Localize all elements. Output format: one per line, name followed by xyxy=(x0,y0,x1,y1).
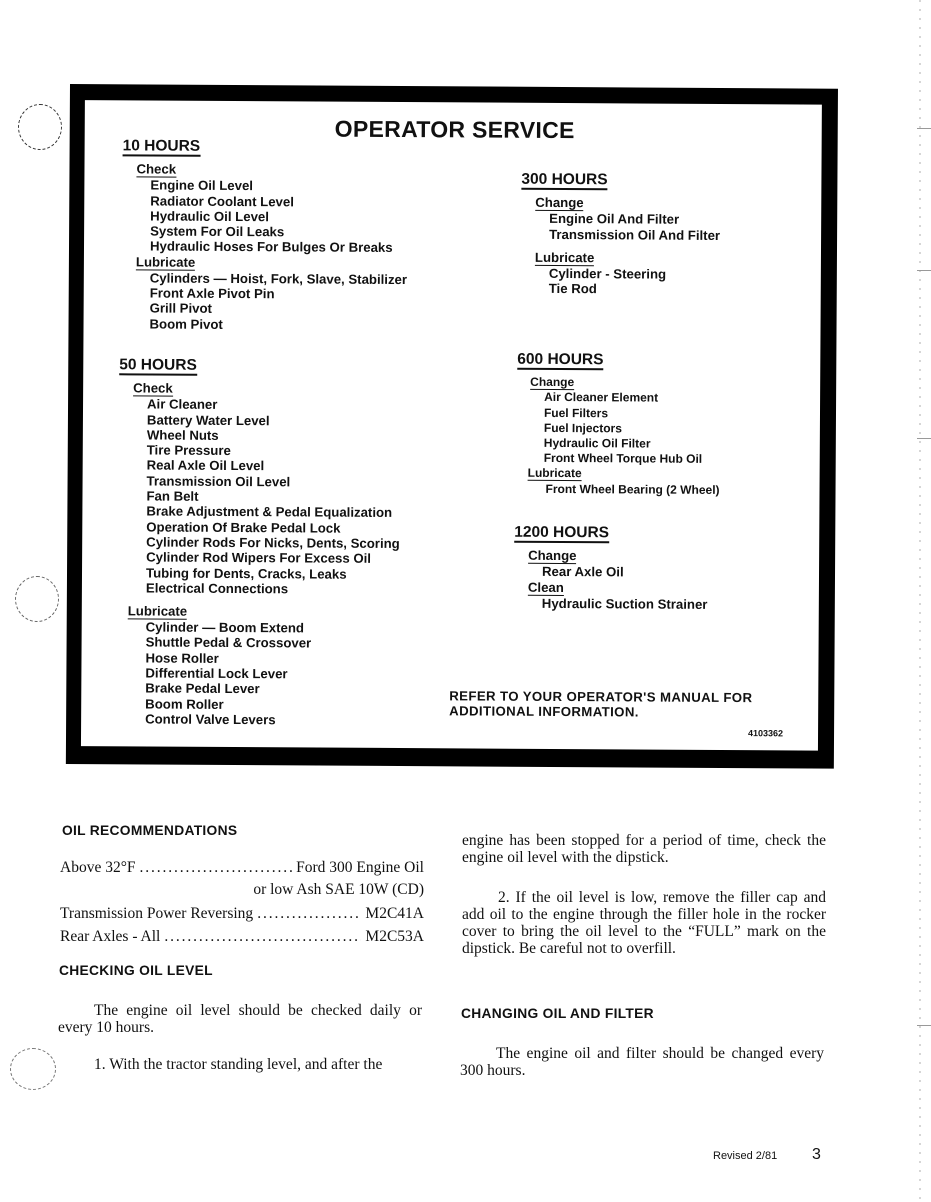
binder-hole-bottom xyxy=(10,1048,56,1090)
service-item: Cylinder Rod Wipers For Excess Oil xyxy=(146,550,400,567)
oil-row: Above 32°F Ford 300 Engine Oil xyxy=(60,857,424,879)
operator-service-decal: OPERATOR SERVICE 10 HOURS Check Engine O… xyxy=(66,84,838,769)
service-item: Tie Rod xyxy=(549,281,720,297)
service-item: Boom Pivot xyxy=(149,316,406,333)
page-edge-trim xyxy=(919,0,921,1202)
interval-heading: 10 HOURS xyxy=(123,138,201,157)
checking-intro-paragraph: The engine oil level should be checked d… xyxy=(58,1002,422,1036)
checking-step-1-continued: engine has been stopped for a period of … xyxy=(462,832,826,866)
section-600-hours: 600 HOURS Change Air Cleaner ElementFuel… xyxy=(516,352,720,498)
service-item: Air Cleaner Element xyxy=(544,390,720,406)
revision-date: Revised 2/81 xyxy=(713,1150,777,1162)
refer-to-manual-note: REFER TO YOUR OPERATOR'S MANUAL FOR ADDI… xyxy=(449,688,752,720)
section-1200-hours: 1200 HOURS Change Rear Axle Oil Clean Hy… xyxy=(514,525,708,612)
oil-recommendations-table: Above 32°F Ford 300 Engine Oil or low As… xyxy=(60,857,424,948)
action-heading: Check xyxy=(136,163,176,178)
service-item: Tubing for Dents, Cracks, Leaks xyxy=(146,565,400,582)
item-list: Cylinder - SteeringTie Rod xyxy=(535,266,720,298)
service-item: Cylinder Rods For Nicks, Dents, Scoring xyxy=(146,534,400,551)
service-item: Hydraulic Oil Filter xyxy=(544,436,720,452)
service-item: Brake Pedal Lever xyxy=(145,681,399,698)
action-heading: Clean xyxy=(528,580,564,595)
action-heading: Change xyxy=(535,196,583,211)
service-item: Rear Axle Oil xyxy=(542,564,708,580)
service-item: Differential Lock Lever xyxy=(145,666,399,683)
item-list: Front Wheel Bearing (2 Wheel) xyxy=(529,481,719,497)
section-10-hours: 10 HOURS Check Engine Oil LevelRadiator … xyxy=(121,138,407,333)
interval-heading: 300 HOURS xyxy=(521,172,607,191)
item-list: Cylinders — Hoist, Fork, Slave, Stabiliz… xyxy=(135,270,407,333)
trim-mark xyxy=(917,270,931,271)
service-item: Tire Pressure xyxy=(147,443,401,460)
oil-row-continuation: or low Ash SAE 10W (CD) xyxy=(60,879,424,901)
checking-step-2: 2. If the oil level is low, remove the f… xyxy=(462,889,826,957)
service-item: Engine Oil Level xyxy=(150,178,407,195)
action-heading: Lubricate xyxy=(528,466,582,481)
item-list: Air CleanerBattery Water LevelWheel Nuts… xyxy=(132,397,401,597)
service-item: Hose Roller xyxy=(145,650,399,667)
service-item: Cylinder — Boom Extend xyxy=(146,620,400,637)
action-heading: Lubricate xyxy=(128,605,187,620)
service-item: Shuttle Pedal & Crossover xyxy=(146,635,400,652)
oil-row: Transmission Power Reversing M2C41A xyxy=(60,903,424,925)
section-50-hours: 50 HOURS Check Air CleanerBattery Water … xyxy=(117,357,401,728)
service-item: Transmission Oil Level xyxy=(147,473,401,490)
service-item: Cylinder - Steering xyxy=(549,266,720,282)
service-item: Grill Pivot xyxy=(150,301,407,318)
service-item: Hydraulic Hoses For Bulges Or Breaks xyxy=(150,239,407,256)
decal-part-number: 4103362 xyxy=(748,728,783,738)
item-list: Hydraulic Suction Strainer xyxy=(528,595,708,611)
trim-mark xyxy=(917,1025,931,1026)
service-item: Battery Water Level xyxy=(147,412,401,429)
action-heading: Change xyxy=(530,375,574,390)
oil-recommendations-heading: OIL RECOMMENDATIONS xyxy=(62,823,237,838)
section-300-hours: 300 HOURS Change Engine Oil And FilterTr… xyxy=(521,172,721,298)
service-item: Hydraulic Oil Level xyxy=(150,208,407,225)
service-item: Air Cleaner xyxy=(147,397,401,414)
binder-hole-middle xyxy=(15,576,59,622)
item-list: Engine Oil And FilterTransmission Oil An… xyxy=(535,211,720,243)
service-item: Transmission Oil And Filter xyxy=(549,227,720,243)
action-heading: Check xyxy=(133,382,173,397)
service-item: Engine Oil And Filter xyxy=(549,211,720,227)
service-item: Cylinders — Hoist, Fork, Slave, Stabiliz… xyxy=(150,270,407,287)
service-item: Fuel Filters xyxy=(544,406,720,422)
action-heading: Lubricate xyxy=(535,251,594,266)
checking-oil-level-heading: CHECKING OIL LEVEL xyxy=(59,963,213,978)
service-item: System For Oil Leaks xyxy=(150,224,407,241)
service-item: Real Axle Oil Level xyxy=(147,458,401,475)
service-item: Hydraulic Suction Strainer xyxy=(542,595,708,611)
service-item: Operation Of Brake Pedal Lock xyxy=(146,519,400,536)
item-list: Air Cleaner ElementFuel FiltersFuel Inje… xyxy=(530,390,720,467)
service-item: Front Axle Pivot Pin xyxy=(150,286,407,303)
service-item: Control Valve Levers xyxy=(145,711,399,728)
oil-row: Rear Axles - All M2C53A xyxy=(60,926,424,948)
interval-heading: 1200 HOURS xyxy=(514,525,609,544)
service-item: Fuel Injectors xyxy=(544,421,720,437)
service-item: Boom Roller xyxy=(145,696,399,713)
binder-hole-top xyxy=(18,104,62,150)
service-item: Radiator Coolant Level xyxy=(150,193,407,210)
service-item: Brake Adjustment & Pedal Equalization xyxy=(146,504,400,521)
changing-oil-paragraph: The engine oil and filter should be chan… xyxy=(460,1045,824,1079)
interval-heading: 600 HOURS xyxy=(517,352,603,371)
page-number: 3 xyxy=(812,1146,821,1164)
item-list: Rear Axle Oil xyxy=(528,564,708,580)
interval-heading: 50 HOURS xyxy=(119,357,197,376)
action-heading: Lubricate xyxy=(136,255,195,270)
item-list: Engine Oil LevelRadiator Coolant LevelHy… xyxy=(136,178,408,256)
service-item: Electrical Connections xyxy=(146,580,400,597)
service-item: Fan Belt xyxy=(146,489,400,506)
trim-mark xyxy=(917,438,931,439)
action-heading: Change xyxy=(528,549,576,564)
service-item: Front Wheel Torque Hub Oil xyxy=(544,451,720,467)
trim-mark xyxy=(917,128,931,129)
service-item: Front Wheel Bearing (2 Wheel) xyxy=(545,482,719,498)
service-item: Wheel Nuts xyxy=(147,427,401,444)
item-list: Cylinder — Boom ExtendShuttle Pedal & Cr… xyxy=(131,620,399,729)
changing-oil-heading: CHANGING OIL AND FILTER xyxy=(461,1006,654,1021)
checking-step-1: 1. With the tractor standing level, and … xyxy=(58,1056,422,1073)
